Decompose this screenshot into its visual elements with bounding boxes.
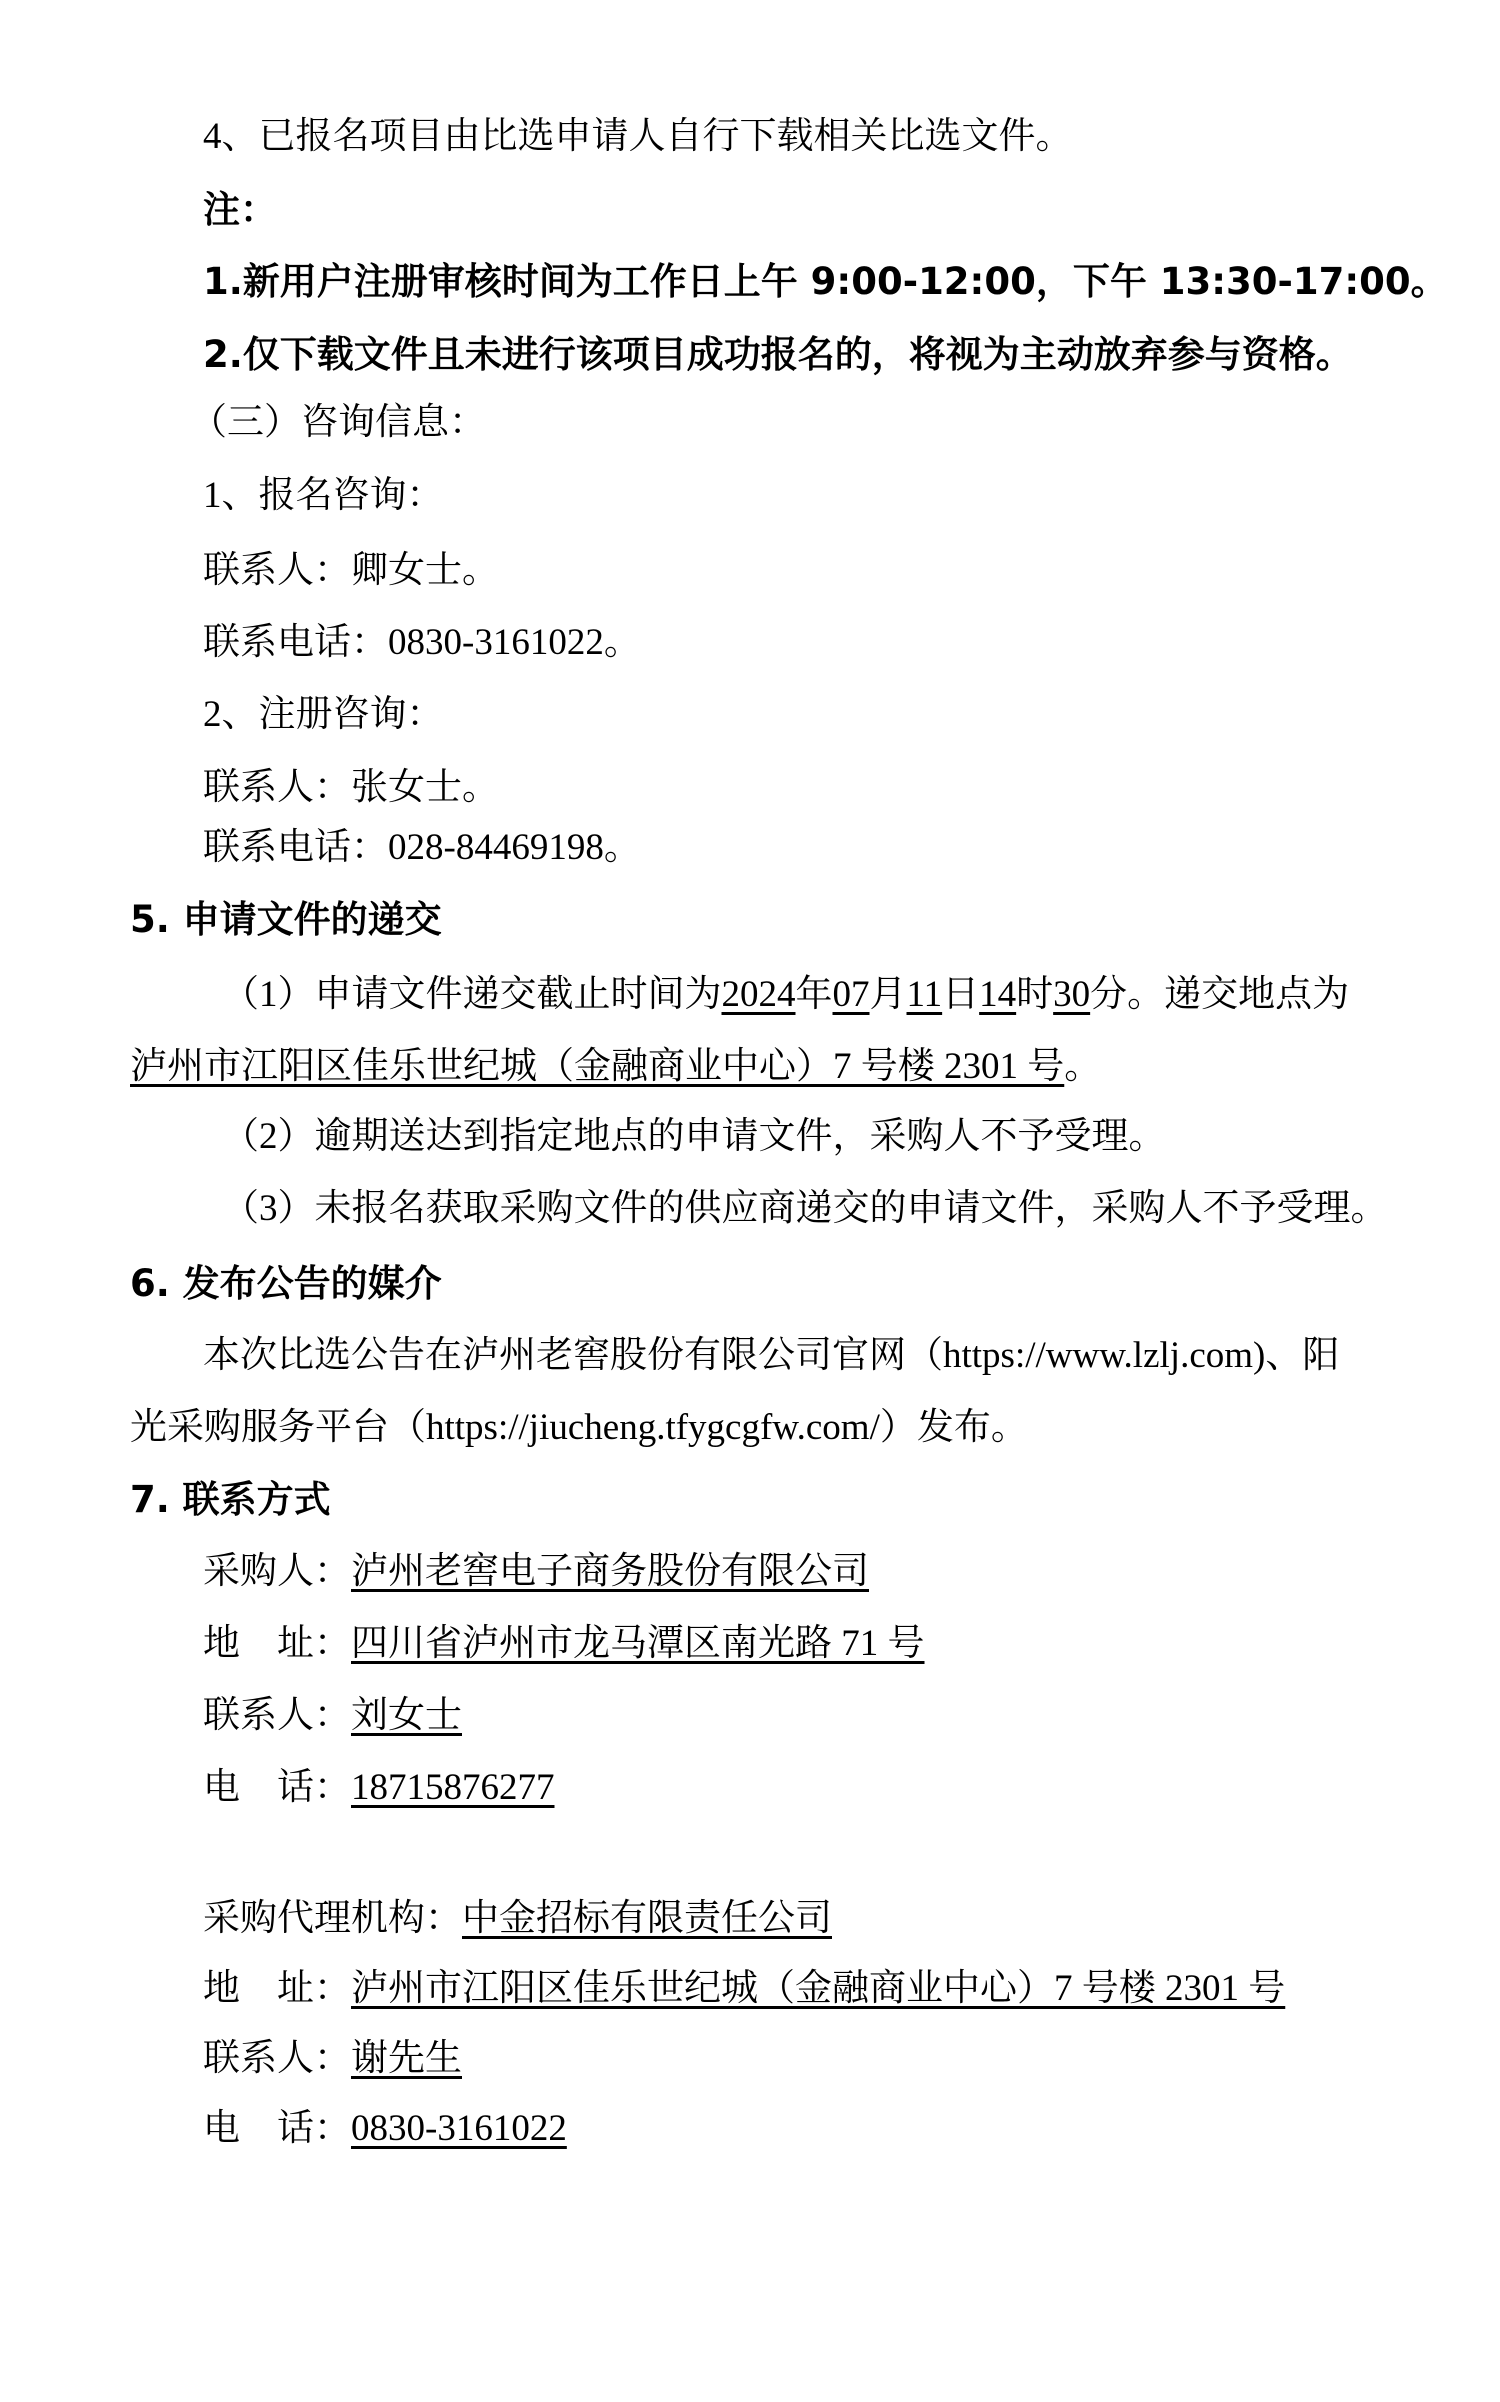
minute-unit: 分。递交地点为 bbox=[1090, 974, 1349, 1015]
register-phone: 联系电话：028-84469198。 bbox=[203, 826, 1500, 870]
section-5-heading: 5. 申请文件的递交 bbox=[130, 898, 1430, 942]
deadline-year: 2024 bbox=[722, 974, 796, 1015]
day-unit: 日 bbox=[942, 974, 979, 1015]
purchaser-address: 四川省泸州市龙马潭区南光路 71 号 bbox=[351, 1623, 925, 1664]
agency-address-row: 地 址：泸州市江阳区佳乐世纪城（金融商业中心）7 号楼 2301 号 bbox=[203, 1967, 1500, 2011]
submission-deadline: （1）申请文件递交截止时间为2024年07月11日14时30分。递交地点为 bbox=[222, 973, 1500, 1017]
note-1: 1.新用户注册审核时间为工作日上午 9:00-12:00，下午 13:30-17… bbox=[203, 260, 1500, 304]
agency-contact: 谢先生 bbox=[351, 2038, 462, 2079]
agency-name: 中金招标有限责任公司 bbox=[462, 1898, 832, 1939]
media-line-1: 本次比选公告在泸州老窖股份有限公司官网（https://www.lzlj.com… bbox=[203, 1334, 1500, 1378]
purchaser-name: 泸州老窖电子商务股份有限公司 bbox=[351, 1551, 869, 1592]
purchaser-phone-row: 电 话：18715876277 bbox=[203, 1766, 1500, 1810]
registration-item-4: 4、已报名项目由比选申请人自行下载相关比选文件。 bbox=[203, 115, 1500, 159]
agency-label: 采购代理机构： bbox=[203, 1897, 462, 1941]
purchaser-name-row: 采购人：泸州老窖电子商务股份有限公司 bbox=[203, 1550, 1500, 1594]
media-line-2: 光采购服务平台（https://jiucheng.tfygcgfw.com/）发… bbox=[130, 1406, 1430, 1450]
section-7-heading: 7. 联系方式 bbox=[130, 1478, 1430, 1522]
address-end: 。 bbox=[1064, 1046, 1101, 1087]
phone-label: 电 话： bbox=[203, 2107, 351, 2151]
purchaser-label: 采购人： bbox=[203, 1550, 351, 1594]
note-2: 2.仅下载文件且未进行该项目成功报名的，将视为主动放弃参与资格。 bbox=[203, 333, 1500, 377]
address-label: 地 址： bbox=[203, 1622, 351, 1666]
register-consult-title: 2、注册咨询： bbox=[203, 693, 1500, 737]
purchaser-address-row: 地 址：四川省泸州市龙马潭区南光路 71 号 bbox=[203, 1622, 1500, 1666]
agency-phone-row: 电 话：0830-3161022 bbox=[203, 2107, 1500, 2151]
deadline-hour: 14 bbox=[979, 974, 1016, 1015]
late-submission-rule: （2）逾期送达到指定地点的申请文件，采购人不予受理。 bbox=[222, 1115, 1500, 1159]
section-6-heading: 6. 发布公告的媒介 bbox=[130, 1262, 1430, 1306]
agency-contact-row: 联系人：谢先生 bbox=[203, 2037, 1500, 2081]
note-title: 注： bbox=[203, 188, 1500, 232]
deadline-prefix: （1）申请文件递交截止时间为 bbox=[222, 974, 722, 1015]
address-label: 地 址： bbox=[203, 1967, 351, 2011]
signup-consult-title: 1、报名咨询： bbox=[203, 474, 1500, 518]
agency-name-row: 采购代理机构：中金招标有限责任公司 bbox=[203, 1897, 1500, 1941]
signup-contact: 联系人：卿女士。 bbox=[203, 549, 1500, 593]
agency-phone: 0830-3161022 bbox=[351, 2108, 567, 2149]
purchaser-contact-row: 联系人：刘女士 bbox=[203, 1694, 1500, 1738]
purchaser-phone: 18715876277 bbox=[351, 1767, 555, 1808]
unregistered-rule: （3）未报名获取采购文件的供应商递交的申请文件，采购人不予受理。 bbox=[222, 1187, 1500, 1231]
submission-address: 泸州市江阳区佳乐世纪城（金融商业中心）7 号楼 2301 号 bbox=[130, 1046, 1064, 1087]
register-contact: 联系人：张女士。 bbox=[203, 766, 1500, 810]
year-unit: 年 bbox=[796, 974, 833, 1015]
submission-address-line: 泸州市江阳区佳乐世纪城（金融商业中心）7 号楼 2301 号。 bbox=[130, 1045, 1430, 1089]
consultation-title: （三）咨询信息： bbox=[190, 401, 1490, 445]
contact-label: 联系人： bbox=[203, 1694, 351, 1738]
signup-phone: 联系电话：0830-3161022。 bbox=[203, 621, 1500, 665]
agency-address: 泸州市江阳区佳乐世纪城（金融商业中心）7 号楼 2301 号 bbox=[351, 1968, 1285, 2009]
hour-unit: 时 bbox=[1016, 974, 1053, 1015]
purchaser-contact: 刘女士 bbox=[351, 1695, 462, 1736]
deadline-minute: 30 bbox=[1053, 974, 1090, 1015]
deadline-month: 07 bbox=[833, 974, 870, 1015]
month-unit: 月 bbox=[870, 974, 907, 1015]
contact-label: 联系人： bbox=[203, 2037, 351, 2081]
phone-label: 电 话： bbox=[203, 1766, 351, 1810]
deadline-day: 11 bbox=[907, 974, 943, 1015]
